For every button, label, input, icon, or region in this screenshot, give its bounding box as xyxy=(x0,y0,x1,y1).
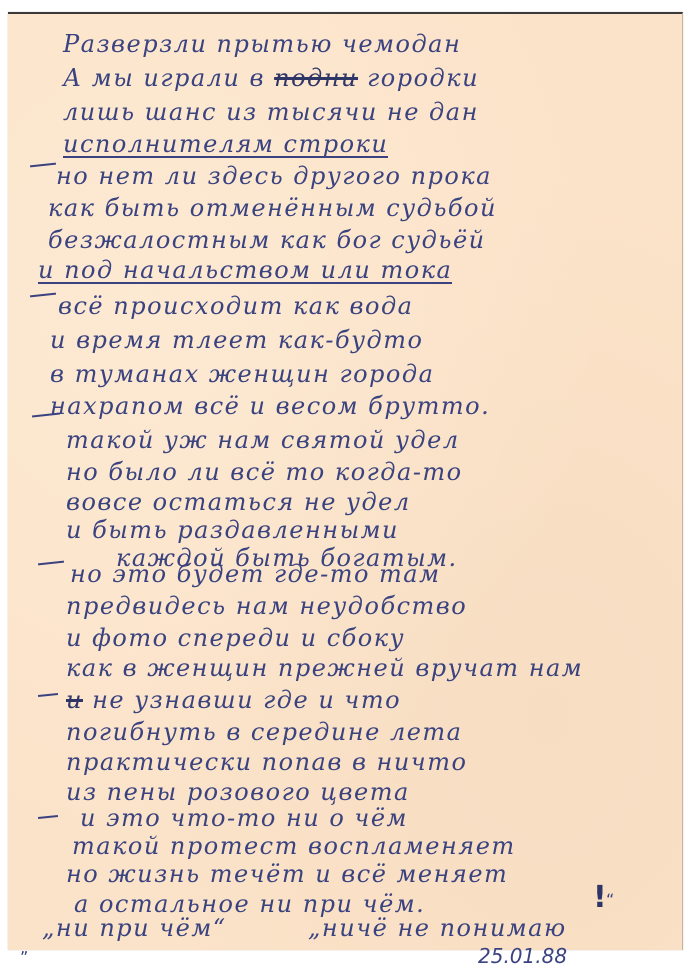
poem-line: и это что-то ни о чём xyxy=(80,806,408,830)
poem-line-part: не узнавши где и что xyxy=(92,686,401,714)
poem-line: погибнуть в середине лета xyxy=(66,720,463,744)
poem-line: А мы играли в подни городки xyxy=(63,66,479,90)
poem-line: но жизнь течёт и всё меняет xyxy=(66,862,508,886)
poem-line: нахрапом всё и весом брутто. xyxy=(50,394,490,418)
poem-line: вовсе остаться не удел xyxy=(66,490,411,514)
stanza-dash xyxy=(38,561,64,566)
closing-quote-mark: “ xyxy=(606,890,614,909)
poem-line: из пены розового цвета xyxy=(66,780,410,804)
poem-line: но нет ли здесь другого прока xyxy=(56,164,492,188)
stanza-dash xyxy=(30,293,56,298)
poem-line: и под начальством или тока xyxy=(38,258,452,284)
poem-line-part: А мы играли в xyxy=(63,64,274,92)
open-quote-mark: „ xyxy=(20,938,28,957)
struck-word: и xyxy=(66,686,83,714)
footer-quote-right: „ничё не понимаю xyxy=(308,916,567,940)
poem-line: в туманах женщин города xyxy=(50,362,434,386)
poem-line: практически попав в ничто xyxy=(66,750,467,774)
stanza-dash xyxy=(38,693,58,697)
poem-line: безжалостным как бог судьёй xyxy=(48,228,486,252)
poem-line: и время тлеет как-будто xyxy=(50,328,423,352)
poem-line: но было ли всё то когда-то xyxy=(66,460,463,484)
poem-line: предвидесь нам неудобство xyxy=(66,594,467,618)
manuscript-date: 25.01.88 xyxy=(478,944,567,960)
poem-line: такой протест воспламеняет xyxy=(72,834,516,858)
poem-line: лишь шанс из тысячи не дан xyxy=(63,100,479,124)
poem-line: и фото спереди и сбоку xyxy=(66,626,405,650)
poem-line: и не узнавши где и что xyxy=(66,688,401,712)
poem-line: исполнителям строки xyxy=(63,132,388,158)
poem-line: но это будет где-то там xyxy=(70,562,441,586)
stanza-dash xyxy=(30,163,56,168)
manuscript-page: Разверзли прытью чемодан А мы играли в п… xyxy=(8,12,683,950)
poem-line: Разверзли прытью чемодан xyxy=(63,32,461,56)
poem-line: а остальное ни при чём. xyxy=(74,892,425,916)
poem-line: и быть раздавленными xyxy=(66,518,399,542)
poem-line: всё происходит как вода xyxy=(58,294,414,318)
poem-line: как быть отменённым судьбой xyxy=(48,196,497,220)
poem-line-part xyxy=(83,686,92,714)
poem-line-part: городки xyxy=(358,64,479,92)
struck-word: подни xyxy=(274,64,358,92)
stanza-dash xyxy=(38,815,58,819)
poem-line: как в женщин прежней вручат нам xyxy=(66,656,583,680)
exclamation-mark: ! xyxy=(593,880,607,915)
footer-quote-left: „ни при чём“ xyxy=(42,916,227,940)
poem-line: такой уж нам святой удел xyxy=(66,428,460,452)
